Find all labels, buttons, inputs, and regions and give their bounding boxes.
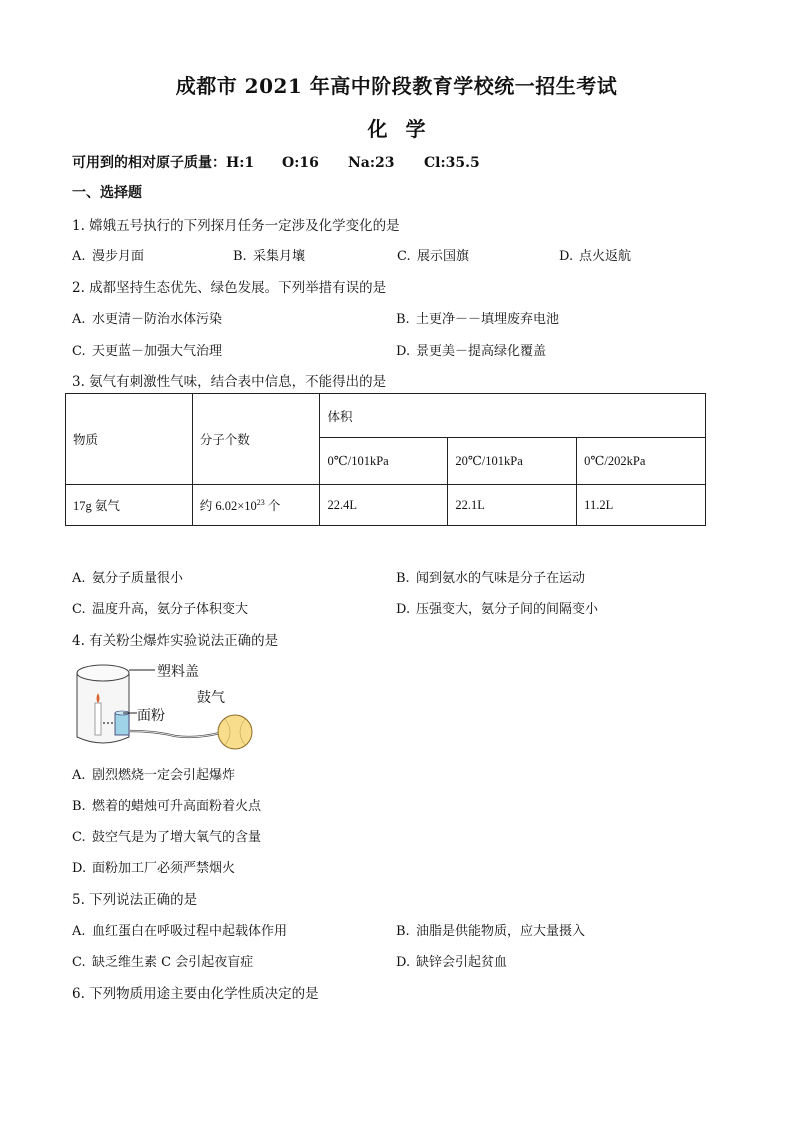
q5-option-a[interactable]: A.血红蛋白在呼吸过程中起载体作用 xyxy=(72,920,287,939)
molecules-base: 约 6.02×10 xyxy=(200,499,257,513)
atomic-masses: 可用到的相对原子质量：H:1O:16Na:23Cl:35.5 xyxy=(72,152,480,172)
q2-option-c[interactable]: C.天更蓝－加强大气治理 xyxy=(72,340,222,359)
question-4-stem: 4. 有关粉尘爆炸实验说法正确的是 xyxy=(72,629,278,649)
q4-option-b[interactable]: B.燃着的蜡烛可升高面粉着火点 xyxy=(72,795,261,814)
q3-option-d[interactable]: D.压强变大，氨分子间的间隔变小 xyxy=(396,598,598,617)
q3-option-a[interactable]: A.氨分子质量很小 xyxy=(72,567,183,586)
option-text: 水更清－防治水体污染 xyxy=(92,312,222,327)
option-label: C. xyxy=(72,602,92,617)
option-text: 油脂是供能物质，应大量摄入 xyxy=(416,924,585,939)
cell-volume-3: 11.2L xyxy=(577,485,706,526)
mass-h: H:1 xyxy=(226,155,282,171)
option-text: 温度升高，氨分子体积变大 xyxy=(92,602,248,617)
option-label: A. xyxy=(72,924,92,939)
option-label: B. xyxy=(72,799,92,814)
label-plastic-lid: 塑料盖 xyxy=(157,661,199,681)
option-label: B. xyxy=(396,924,416,939)
option-label: A. xyxy=(72,768,92,783)
option-label: D. xyxy=(396,344,416,359)
subject-title: 化学 xyxy=(0,113,793,142)
option-label: B. xyxy=(396,312,416,327)
option-text: 氨分子质量很小 xyxy=(92,571,183,586)
exam-title: 成都市 2021 年高中阶段教育学校统一招生考试 xyxy=(0,70,793,99)
option-text: 景更美－提高绿化覆盖 xyxy=(416,344,546,359)
cell-substance: 17g 氨气 xyxy=(66,485,193,526)
header-volume: 体积 xyxy=(320,394,706,438)
option-label: A. xyxy=(72,571,92,586)
ammonia-data-table: 物质 分子个数 体积 0℃/101kPa 20℃/101kPa 0℃/202kP… xyxy=(65,393,706,526)
option-label: B. xyxy=(233,249,253,264)
option-label: A. xyxy=(72,249,92,264)
mass-o: O:16 xyxy=(282,155,348,171)
option-label: B. xyxy=(396,571,416,586)
option-label: D. xyxy=(72,861,92,876)
dust-explosion-figure: 塑料盖 面粉 鼓气 xyxy=(65,655,285,755)
label-blow-air: 鼓气 xyxy=(197,687,225,707)
q1-option-b[interactable]: B.采集月壤 xyxy=(233,245,305,264)
option-label: C. xyxy=(72,955,92,970)
label-flour: 面粉 xyxy=(137,705,165,725)
q5-option-c[interactable]: C.缺乏维生素 C 会引起夜盲症 xyxy=(72,951,253,970)
q2-option-a[interactable]: A.水更清－防治水体污染 xyxy=(72,308,222,327)
q1-option-a[interactable]: A.漫步月面 xyxy=(72,245,144,264)
q5-option-b[interactable]: B.油脂是供能物质，应大量摄入 xyxy=(396,920,585,939)
option-text: 燃着的蜡烛可升高面粉着火点 xyxy=(92,799,261,814)
question-3-stem: 3. 氨气有刺激性气味，结合表中信息，不能得出的是 xyxy=(72,370,386,390)
header-condition-1: 0℃/101kPa xyxy=(320,438,448,485)
molecules-unit: 个 xyxy=(265,499,281,513)
option-label: D. xyxy=(396,602,416,617)
question-2-stem: 2. 成都坚持生态优先、绿色发展。下列举措有误的是 xyxy=(72,276,386,296)
header-molecules: 分子个数 xyxy=(192,394,320,485)
option-label: C. xyxy=(72,830,92,845)
atomic-masses-label: 可用到的相对原子质量： xyxy=(72,155,226,171)
q4-option-c[interactable]: C.鼓空气是为了增大氧气的含量 xyxy=(72,826,261,845)
cell-volume-2: 22.1L xyxy=(448,485,577,526)
q4-option-a[interactable]: A.剧烈燃烧一定会引起爆炸 xyxy=(72,764,235,783)
molecules-exponent: 23 xyxy=(257,498,265,507)
option-text: 压强变大，氨分子间的间隔变小 xyxy=(416,602,598,617)
section-title: 一、选择题 xyxy=(72,182,142,202)
option-text: 血红蛋白在呼吸过程中起载体作用 xyxy=(92,924,287,939)
q3-option-b[interactable]: B.闻到氨水的气味是分子在运动 xyxy=(396,567,585,586)
mass-cl: Cl:35.5 xyxy=(424,155,480,171)
option-text: 土更净－－填埋废弃电池 xyxy=(416,312,559,327)
option-label: A. xyxy=(72,312,92,327)
cell-molecules: 约 6.02×1023 个 xyxy=(192,485,320,526)
q2-option-d[interactable]: D.景更美－提高绿化覆盖 xyxy=(396,340,546,359)
option-text: 面粉加工厂必须严禁烟火 xyxy=(92,861,235,876)
option-text: 鼓空气是为了增大氧气的含量 xyxy=(92,830,261,845)
option-text: 缺锌会引起贫血 xyxy=(416,955,507,970)
q3-option-c[interactable]: C.温度升高，氨分子体积变大 xyxy=(72,598,248,617)
option-text: 剧烈燃烧一定会引起爆炸 xyxy=(92,768,235,783)
header-condition-3: 0℃/202kPa xyxy=(577,438,706,485)
option-text: 天更蓝－加强大气治理 xyxy=(92,344,222,359)
option-text: 缺乏维生素 C 会引起夜盲症 xyxy=(92,955,253,970)
question-1-stem: 1. 嫦娥五号执行的下列探月任务一定涉及化学变化的是 xyxy=(72,214,400,234)
option-label: C. xyxy=(397,249,417,264)
question-6-stem: 6. 下列物质用途主要由化学性质决定的是 xyxy=(72,982,319,1002)
q5-option-d[interactable]: D.缺锌会引起贫血 xyxy=(396,951,507,970)
q2-option-b[interactable]: B.土更净－－填埋废弃电池 xyxy=(396,308,559,327)
header-condition-2: 20℃/101kPa xyxy=(448,438,577,485)
option-text: 采集月壤 xyxy=(253,249,305,264)
cell-volume-1: 22.4L xyxy=(320,485,448,526)
option-text: 点火返航 xyxy=(579,249,631,264)
option-text: 展示国旗 xyxy=(417,249,469,264)
q1-option-c[interactable]: C.展示国旗 xyxy=(397,245,469,264)
table-row: 17g 氨气 约 6.02×1023 个 22.4L 22.1L 11.2L xyxy=(66,485,706,526)
question-5-stem: 5. 下列说法正确的是 xyxy=(72,888,197,908)
option-label: D. xyxy=(396,955,416,970)
q1-option-d[interactable]: D.点火返航 xyxy=(559,245,631,264)
header-substance: 物质 xyxy=(66,394,193,485)
q4-option-d[interactable]: D.面粉加工厂必须严禁烟火 xyxy=(72,857,235,876)
option-label: D. xyxy=(559,249,579,264)
option-label: C. xyxy=(72,344,92,359)
mass-na: Na:23 xyxy=(348,155,424,171)
option-text: 闻到氨水的气味是分子在运动 xyxy=(416,571,585,586)
option-text: 漫步月面 xyxy=(92,249,144,264)
